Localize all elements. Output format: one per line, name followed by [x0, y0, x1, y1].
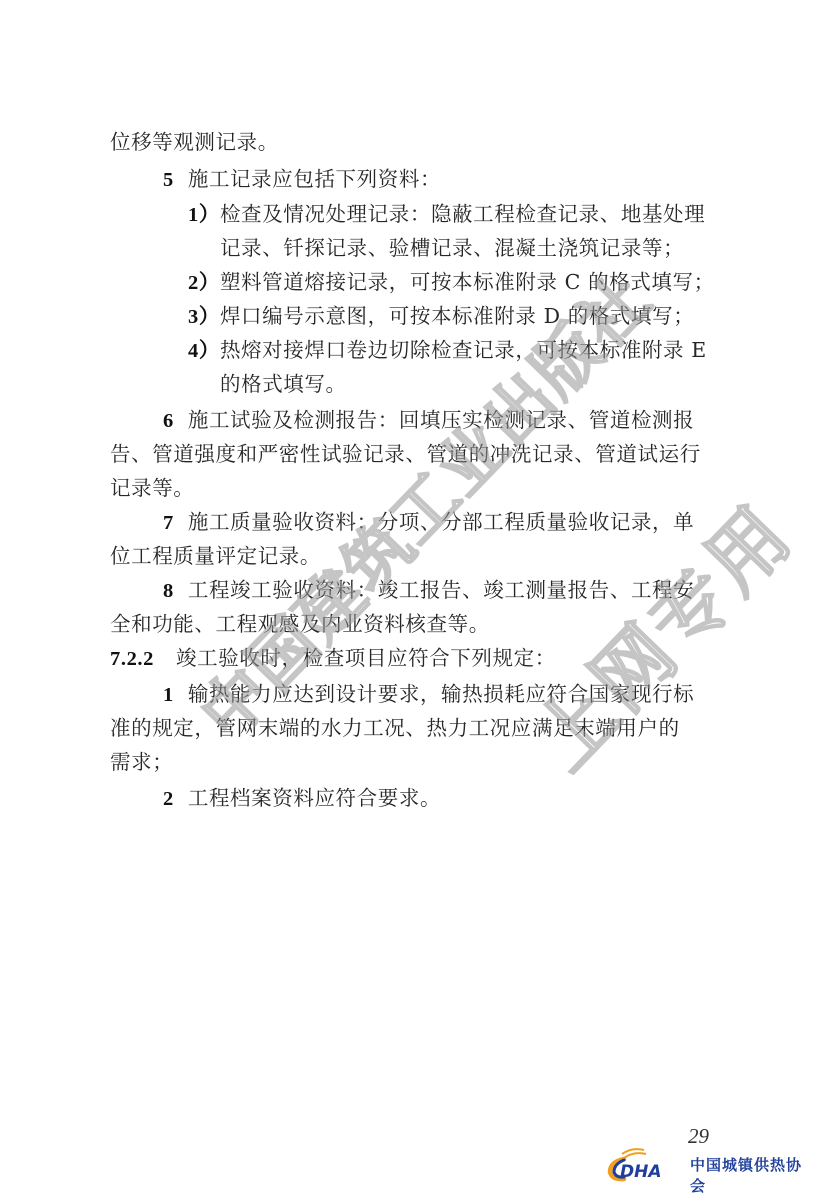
sub-item-3: 3）焊口编号示意图，可按本标准附录 D 的格式填写；	[188, 302, 694, 331]
line-text: 全和功能、工程观感及内业资料核查等。	[110, 612, 490, 636]
line-text: 检查及情况处理记录：隐蔽工程检查记录、地基处理	[220, 202, 705, 226]
line-text: 需求；	[110, 750, 173, 774]
text-line: 告、管道强度和严密性试验记录、管道的冲洗记录、管道试运行	[110, 440, 701, 468]
line-text: 焊口编号示意图，可按本标准附录 D 的格式填写；	[220, 304, 694, 328]
item-number: 1	[163, 684, 174, 706]
sub-item-4: 4）热熔对接焊口卷边切除检查记录，可按本标准附录 E	[188, 336, 707, 365]
text-line: 记录、钎探记录、验槽记录、混凝土浇筑记录等；	[220, 234, 684, 262]
line-text: 的格式填写。	[220, 372, 347, 396]
line-text: 工程档案资料应符合要求。	[188, 786, 441, 810]
cdha-logo: DHA 中国城镇供热协会	[604, 1146, 814, 1182]
line-text: 准的规定，管网末端的水力工况、热力工况应满足末端用户的	[110, 716, 680, 740]
line-text: 塑料管道熔接记录，可按本标准附录 C 的格式填写；	[220, 270, 715, 294]
sub-item-1: 1）检查及情况处理记录：隐蔽工程检查记录、地基处理	[188, 200, 705, 229]
line-text: 竣工验收时，检查项目应符合下列规定：	[176, 646, 556, 670]
text-line: 准的规定，管网末端的水力工况、热力工况应满足末端用户的	[110, 714, 680, 742]
list-item-1: 1输热能力应达到设计要求，输热损耗应符合国家现行标	[163, 680, 694, 709]
line-text: 位移等观测记录。	[110, 130, 279, 154]
line-text: 工程竣工验收资料：竣工报告、竣工测量报告、工程安	[188, 578, 694, 602]
section-number: 7.2.2	[110, 648, 154, 670]
item-number: 7	[163, 512, 174, 534]
line-text: 施工质量验收资料：分项、分部工程质量验收记录，单	[188, 510, 694, 534]
item-number: 1）	[188, 204, 220, 226]
item-number: 2	[163, 788, 174, 810]
text-line: 记录等。	[110, 474, 194, 502]
item-number: 5	[163, 169, 174, 191]
line-text: 告、管道强度和严密性试验记录、管道的冲洗记录、管道试运行	[110, 442, 701, 466]
line-text: 输热能力应达到设计要求，输热损耗应符合国家现行标	[188, 682, 694, 706]
svg-text:DHA: DHA	[620, 1162, 662, 1182]
list-item-5: 5施工记录应包括下列资料：	[163, 165, 441, 194]
cdha-logo-icon: DHA	[604, 1146, 684, 1182]
line-text: 施工试验及检测报告：回填压实检测记录、管道检测报	[188, 408, 694, 432]
line-text: 热熔对接焊口卷边切除检查记录，可按本标准附录 E	[220, 338, 707, 362]
list-item-6: 6施工试验及检测报告：回填压实检测记录、管道检测报	[163, 406, 694, 435]
line-text: 位工程质量评定记录。	[110, 544, 321, 568]
sub-item-2: 2）塑料管道熔接记录，可按本标准附录 C 的格式填写；	[188, 268, 715, 297]
text-line: 需求；	[110, 748, 173, 776]
section-heading-7-2-2: 7.2.2竣工验收时，检查项目应符合下列规定：	[110, 644, 556, 673]
document-page: 位移等观测记录。 5施工记录应包括下列资料： 1）检查及情况处理记录：隐蔽工程检…	[0, 0, 827, 1198]
text-line: 全和功能、工程观感及内业资料核查等。	[110, 610, 490, 638]
line-text: 记录等。	[110, 476, 194, 500]
item-number: 2）	[188, 272, 220, 294]
list-item-8: 8工程竣工验收资料：竣工报告、竣工测量报告、工程安	[163, 576, 694, 605]
item-number: 6	[163, 410, 174, 432]
item-number: 3）	[188, 306, 220, 328]
list-item-7: 7施工质量验收资料：分项、分部工程质量验收记录，单	[163, 508, 694, 537]
text-line: 的格式填写。	[220, 370, 347, 398]
item-number: 8	[163, 580, 174, 602]
text-line: 位移等观测记录。	[110, 128, 279, 156]
line-text: 施工记录应包括下列资料：	[188, 167, 441, 191]
line-text: 记录、钎探记录、验槽记录、混凝土浇筑记录等；	[220, 236, 684, 260]
item-number: 4）	[188, 340, 220, 362]
logo-organization-name: 中国城镇供热协会	[690, 1154, 814, 1196]
list-item-2: 2工程档案资料应符合要求。	[163, 784, 441, 813]
text-line: 位工程质量评定记录。	[110, 542, 321, 570]
